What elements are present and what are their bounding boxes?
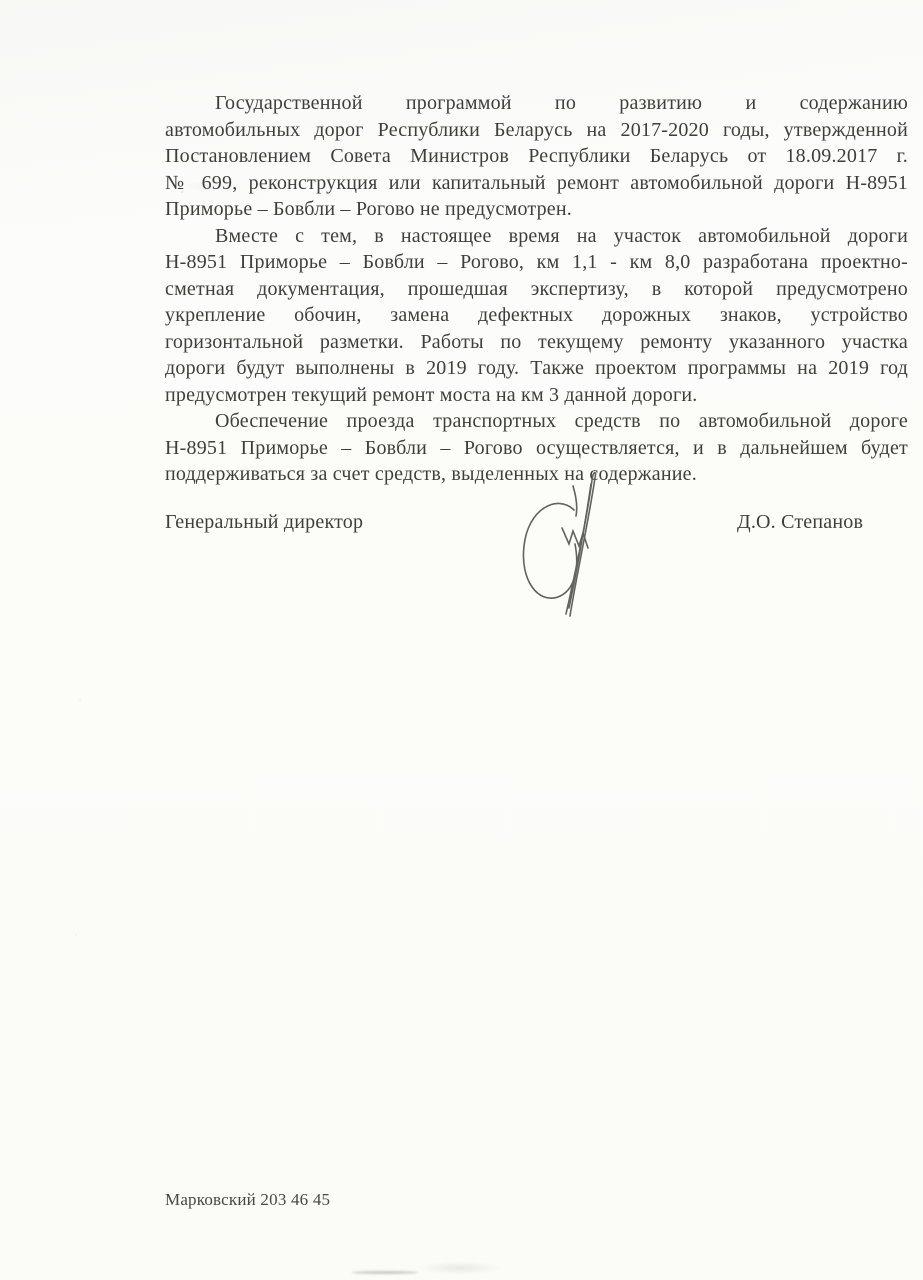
text-line: Вместе с тем, в настоящее время на участ… [165, 223, 908, 250]
text-line: дороги будут выполнены в 2019 году. Такж… [165, 355, 908, 382]
text-line: № 699, реконструкция или капитальный рем… [165, 170, 908, 197]
handwritten-signature-icon [488, 458, 633, 620]
letter-body: Государственной программой по развитию и… [165, 90, 908, 488]
text-line: укрепление обочин, замена дефектных доро… [165, 302, 908, 329]
text-line: сметная документация, прошедшая эксперти… [165, 276, 908, 303]
executor-contact: Марковский 203 46 45 [165, 1190, 330, 1210]
scan-smudge [352, 1271, 418, 1274]
text-line: горизонтальной разметки. Работы по текущ… [165, 329, 908, 356]
text-line: Н-8951 Приморье – Бовбли – Рогово, км 1,… [165, 249, 908, 276]
text-line: автомобильных дорог Республики Беларусь … [165, 117, 908, 144]
text-line: Приморье – Бовбли – Рогово не предусмотр… [165, 196, 908, 223]
job-title-label: Генеральный директор [165, 511, 363, 534]
paragraph: Вместе с тем, в настоящее время на участ… [165, 223, 908, 409]
signatory-name: Д.О. Степанов [737, 511, 863, 534]
scanned-letter-page: Государственной программой по развитию и… [0, 0, 923, 1280]
text-line: Постановлением Совета Министров Республи… [165, 143, 908, 170]
text-line: предусмотрен текущий ремонт моста на км … [165, 382, 908, 409]
text-line: Государственной программой по развитию и… [165, 90, 908, 117]
text-line: Обеспечение проезда транспортных средств… [165, 408, 908, 435]
paragraph: Государственной программой по развитию и… [165, 90, 908, 223]
